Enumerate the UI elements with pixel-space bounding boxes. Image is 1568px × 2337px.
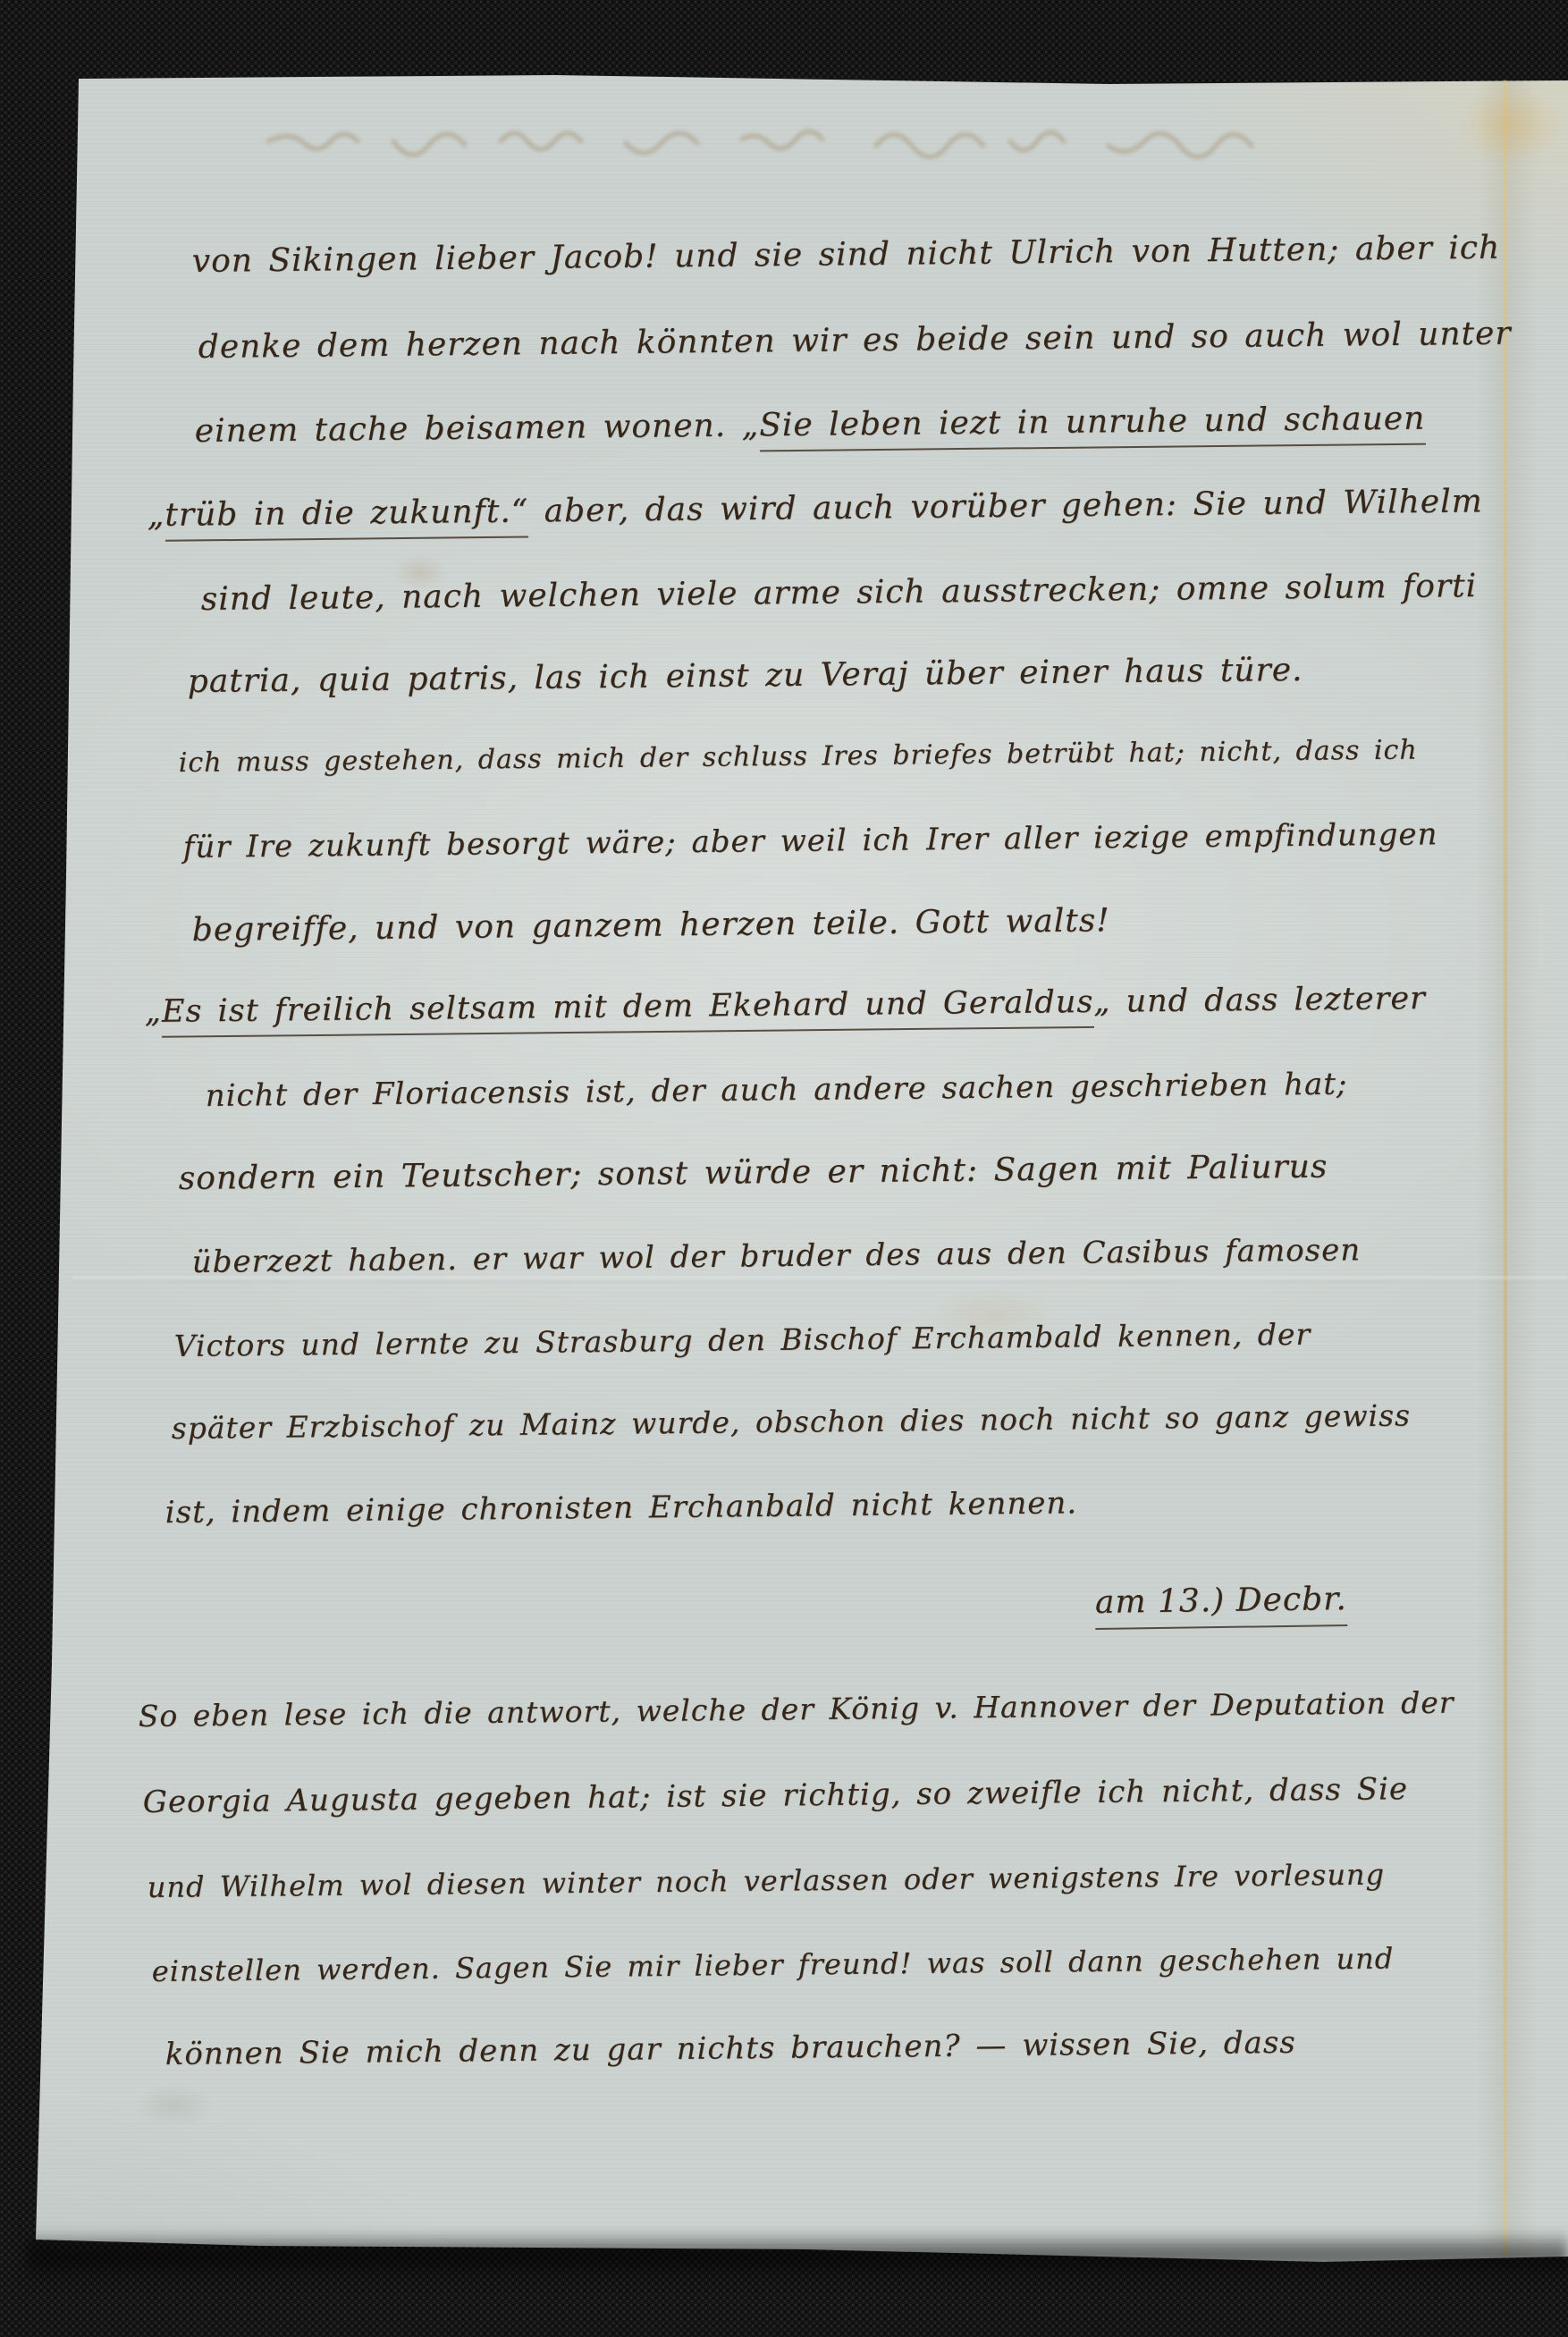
letter-text-segment: einem tache beisamen wonen. „ bbox=[195, 407, 760, 456]
letter-text-segment: „ bbox=[148, 497, 165, 540]
letter-line: begreiffe, und von ganzem herzen teile. … bbox=[192, 902, 1110, 949]
letter-text-segment: nicht der Floriacensis ist, der auch and… bbox=[206, 1067, 1348, 1120]
letter-text-segment: einstellen werden. Sagen Sie mir lieber … bbox=[152, 1941, 1395, 1995]
letter-text-segment: können Sie mich denn zu gar nichts brauc… bbox=[165, 2025, 1296, 2079]
letter-text-underlined: Sie leben iezt in unruhe und schauen bbox=[759, 401, 1426, 452]
letter-line: Georgia Augusta gegeben hat; ist sie ric… bbox=[143, 1771, 1409, 1820]
letter-line: nicht der Floriacensis ist, der auch and… bbox=[206, 1067, 1348, 1114]
letter-body: von Sikingen lieber Jacob! und sie sind … bbox=[0, 0, 1568, 2337]
letter-text-segment: sind leute, nach welchen viele arme sich… bbox=[201, 568, 1478, 624]
letter-text-underlined: Es ist freilich seltsam mit dem Ekehard … bbox=[162, 984, 1094, 1038]
letter-line: einem tache beisamen wonen. „Sie leben i… bbox=[195, 401, 1426, 450]
photographed-letter-scan: { "document": { "type_label": "handwritt… bbox=[0, 0, 1568, 2337]
letter-text-segment: „ und dass lezterer bbox=[1093, 981, 1426, 1026]
letter-text-segment: für Ire zukunft besorgt wäre; aber weil … bbox=[183, 816, 1438, 872]
letter-line: ist, indem einige chronisten Erchanbald … bbox=[165, 1485, 1078, 1531]
letter-line: „trüb in die zukunft.“ aber, das wird au… bbox=[148, 483, 1483, 534]
letter-dateline: am 13.) Decbr. bbox=[1095, 1581, 1348, 1630]
letter-line: So eben lese ich die antwort, welche der… bbox=[139, 1685, 1454, 1734]
letter-line: später Erzbischof zu Mainz wurde, obscho… bbox=[172, 1397, 1412, 1446]
letter-text-segment: aber, das wird auch vorüber gehen: Sie u… bbox=[528, 483, 1483, 536]
letter-line: für Ire zukunft besorgt wäre; aber weil … bbox=[183, 816, 1438, 865]
letter-line: überzezt haben. er war wol der bruder de… bbox=[192, 1232, 1361, 1280]
letter-text-segment: ich muss gestehen, dass mich der schluss… bbox=[179, 734, 1418, 785]
letter-line: sondern ein Teutscher; sonst würde er ni… bbox=[179, 1149, 1328, 1197]
letter-text-segment: Victors und lernte zu Strasburg den Bisc… bbox=[174, 1317, 1311, 1370]
letter-line: einstellen werden. Sagen Sie mir lieber … bbox=[152, 1941, 1395, 1988]
letter-text-segment: So eben lese ich die antwort, welche der… bbox=[139, 1685, 1454, 1740]
letter-line: sind leute, nach welchen viele arme sich… bbox=[201, 568, 1478, 618]
letter-line: patria, quia patris, las ich einst zu Ve… bbox=[188, 652, 1303, 700]
letter-text-segment: überzezt haben. er war wol der bruder de… bbox=[192, 1232, 1361, 1287]
letter-line: denke dem herzen nach könnten wir es bei… bbox=[198, 316, 1512, 366]
letter-line: ich muss gestehen, dass mich der schluss… bbox=[179, 734, 1418, 779]
letter-line: und Wilhelm wol diesen winter noch verla… bbox=[148, 1858, 1386, 1904]
letter-text-underlined: trüb in die zukunft.“ bbox=[164, 494, 528, 542]
letter-text-segment: patria, quia patris, las ich einst zu Ve… bbox=[188, 652, 1303, 706]
letter-line: von Sikingen lieber Jacob! und sie sind … bbox=[192, 230, 1501, 280]
letter-text-segment: „ bbox=[145, 994, 163, 1036]
letter-text-segment: begreiffe, und von ganzem herzen teile. … bbox=[192, 902, 1110, 955]
letter-text-segment: ist, indem einige chronisten Erchanbald … bbox=[165, 1485, 1078, 1537]
letter-text-segment: und Wilhelm wol diesen winter noch verla… bbox=[148, 1858, 1386, 1911]
letter-line: Victors und lernte zu Strasburg den Bisc… bbox=[174, 1317, 1311, 1363]
letter-line: „Es ist freilich seltsam mit dem Ekehard… bbox=[145, 981, 1426, 1030]
paper-edge-shadow bbox=[27, 2231, 1568, 2284]
letter-text-segment: denke dem herzen nach könnten wir es bei… bbox=[198, 316, 1512, 372]
letter-text-segment: Georgia Augusta gegeben hat; ist sie ric… bbox=[143, 1771, 1409, 1827]
letter-line: können Sie mich denn zu gar nichts brauc… bbox=[165, 2025, 1296, 2072]
letter-text-segment: später Erzbischof zu Mainz wurde, obscho… bbox=[172, 1397, 1412, 1452]
letter-text-segment: von Sikingen lieber Jacob! und sie sind … bbox=[192, 230, 1501, 286]
letter-text-segment: sondern ein Teutscher; sonst würde er ni… bbox=[179, 1149, 1328, 1203]
